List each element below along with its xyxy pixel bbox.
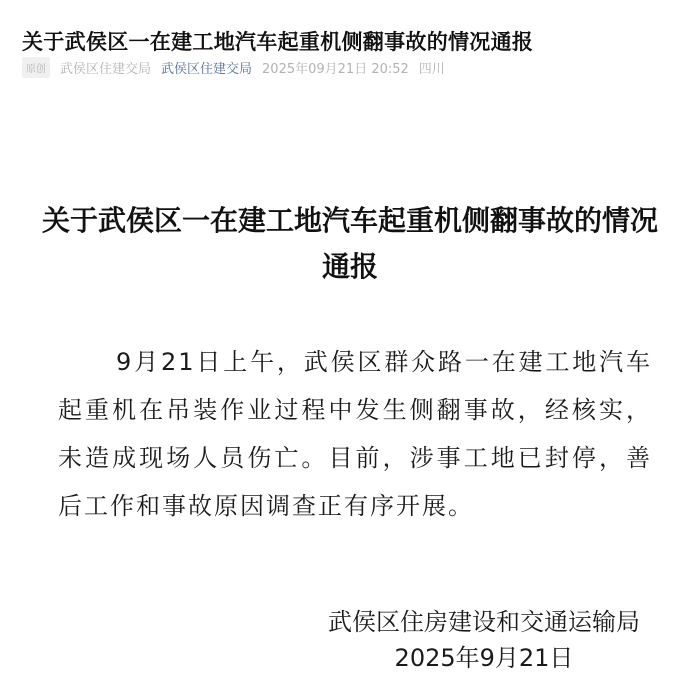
signature-organization: 武侯区住房建设和交通运输局 xyxy=(328,604,640,640)
account-link[interactable]: 武侯区住建交局 xyxy=(161,58,252,77)
article-title: 关于武侯区一在建工地汽车起重机侧翻事故的情况通报 xyxy=(22,26,533,56)
document-title: 关于武侯区一在建工地汽车起重机侧翻事故的情况通报 xyxy=(40,198,660,290)
signature-block: 武侯区住房建设和交通运输局 2025年9月21日 xyxy=(328,604,640,676)
article-meta: 原创 武侯区住建交局 武侯区住建交局 2025年09月21日 20:52 四川 xyxy=(22,56,455,78)
publish-location: 四川 xyxy=(419,58,445,77)
signature-date: 2025年9月21日 xyxy=(328,640,640,676)
document-body: 9月21日上午，武侯区群众路一在建工地汽车起重机在吊装作业过程中发生侧翻事故，经… xyxy=(58,338,652,530)
publish-time: 2025年09月21日 20:52 xyxy=(262,58,409,77)
author-name: 武侯区住建交局 xyxy=(60,58,151,77)
original-badge: 原创 xyxy=(22,57,50,78)
